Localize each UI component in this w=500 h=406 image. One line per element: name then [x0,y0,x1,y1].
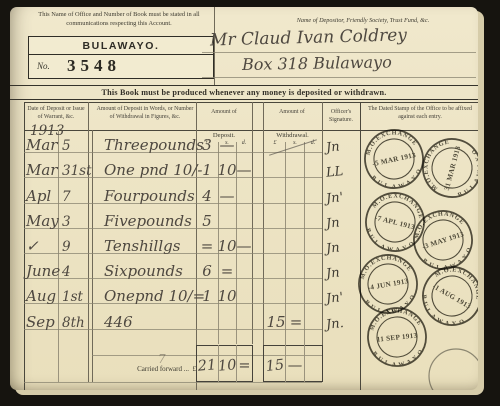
deposit-shillings: 10 [217,237,237,255]
withdrawal-pounds: 15 [266,313,286,331]
passbook-page: This Name of Office and Number of Book m… [10,7,478,390]
header-amount-words: Amount of Deposit in Words, or Number of… [95,106,195,122]
entry-day: 5 [62,138,88,154]
table-row: May3Fivepounds5Jn [10,205,370,231]
entry-day: 3 [62,214,88,230]
office-number-box: BULAWAYO. No. 3548 [28,36,214,79]
officer-initials: Jn' [325,288,360,306]
grid-line [24,102,478,103]
grid-line [304,345,305,382]
deposit-pounds: = [198,237,216,255]
depositor-name: Mr Claud Ivan Coldrey [210,24,476,51]
deposit-shillings: — [217,136,237,154]
table-row: Mar31stOne pnd 10/-110—LL [10,154,370,180]
entry-words: Fivepounds [104,212,196,230]
banner-text: This Book must be produced whenever any … [10,85,478,100]
stray-pencil-mark: 7 [158,352,166,366]
entry-month: May [26,212,62,230]
deposit-pounds: 4 [198,187,216,205]
deposit-shillings: — [217,187,237,205]
stamp-date: -4 JUN 1913 [367,277,409,292]
entry-month: Sep [26,313,62,331]
header-stamp: The Dated Stamp of the Office to be affi… [366,106,474,122]
header-amount-withdrawal: Amount of [272,109,312,117]
stamp-date: 31 MAR 1913 [443,145,463,191]
deposit-shillings: 10 [217,161,237,179]
book-number-label: No. [37,61,50,71]
deposit-shillings: = [217,262,237,280]
entry-month: Apl [26,187,62,205]
entry-day: 4 [62,264,88,280]
stamp-date: 11 SEP 1913 [376,331,418,343]
entry-words: Sixpounds [104,262,196,280]
passbook-scan: This Name of Office and Number of Book m… [0,0,500,406]
office-name: BULAWAYO. [29,40,213,52]
cf-withdrawal-pounds: 15 [264,357,286,375]
table-row: Apl7Fourpounds4—Jn' [10,180,370,206]
officer-initials: Jn' [325,188,360,206]
deposit-pence: — [236,161,252,179]
cf-deposit-shillings: 10 [217,357,236,375]
entry-words: 446 [104,313,196,331]
row-rule [24,382,322,383]
entry-words: Onepnd 10/= [104,287,196,305]
deposit-pounds: 1 [198,161,216,179]
stamp-ring-bottom: BULAWAYO [370,345,428,372]
svg-text:BULAWAYO: BULAWAYO [370,345,428,372]
table-row: Sep8th44615=Jn. [10,306,370,332]
office-note: This Name of Office and Number of Book m… [30,11,208,29]
table-row: Aug1stOnepnd 10/=110Jn' [10,280,370,306]
officer-initials: Jn [325,213,360,231]
stamp-date: -3 MAY 1913 [421,230,465,251]
entry-month: ✓ [26,237,62,255]
stamp-date: -5 MAR 1913 [372,151,417,168]
stamp-date: -1 AUG 1913 [431,282,472,310]
cf-withdrawal-shillings: — [286,358,304,374]
deposit-shillings: 10 [217,287,237,305]
entry-day: 1st [62,289,88,305]
entry-day: 9 [62,239,88,255]
book-number: 3548 [67,56,121,76]
depositor-address: Box 318 Bulawayo [242,51,476,74]
header-date: Date of Deposit or Issue of Warrant, &c. [25,106,87,122]
table-row: Mar5Threepounds3—Jn [10,129,370,155]
table-row: ✓9Tenshillgs=10—Jn [10,230,370,256]
entry-month: Mar [26,136,62,154]
deposit-pounds: 6 [198,262,216,280]
entry-month: June [26,262,62,280]
carried-forward-dots: ... [184,365,189,373]
officer-initials: LL [325,162,360,180]
entry-words: Threepounds [104,136,196,154]
entry-words: Fourpounds [104,187,196,205]
officer-initials: Jn. [325,314,360,332]
header-officer: Officer's Signature. [324,109,358,125]
entry-words: One pnd 10/- [104,161,196,179]
blank-stamp-circle [424,344,478,390]
deposit-pounds: 5 [198,212,216,230]
entry-month: Aug [26,287,62,305]
entry-month: Mar [26,161,62,179]
rule-line [202,77,476,78]
date-stamp-sep11: M.O.EXCHANGE BULAWAYO 11 SEP 1913 [362,302,432,372]
entry-words: Tenshillgs [104,237,196,255]
officer-initials: Jn [325,137,360,155]
entry-day: 8th [62,315,88,331]
officer-initials: Jn [325,238,360,256]
office-box-divider [29,54,213,55]
cf-deposit-pence: = [237,358,252,374]
carried-forward-text: Carried forward [137,365,182,373]
header-amount-deposit: Amount of [204,109,244,117]
entry-day: 31st [62,163,88,179]
carried-forward-label: Carried forward ... £ [106,365,196,373]
entry-day: 7 [62,189,88,205]
deposit-pounds: 3 [198,136,216,154]
cf-deposit-pounds: 21 [195,357,218,375]
table-row: June4Sixpounds6=Jn [10,255,370,281]
deposit-pounds: 1 [198,287,216,305]
withdrawal-shillings: = [287,313,305,331]
deposit-pence: — [236,237,252,255]
